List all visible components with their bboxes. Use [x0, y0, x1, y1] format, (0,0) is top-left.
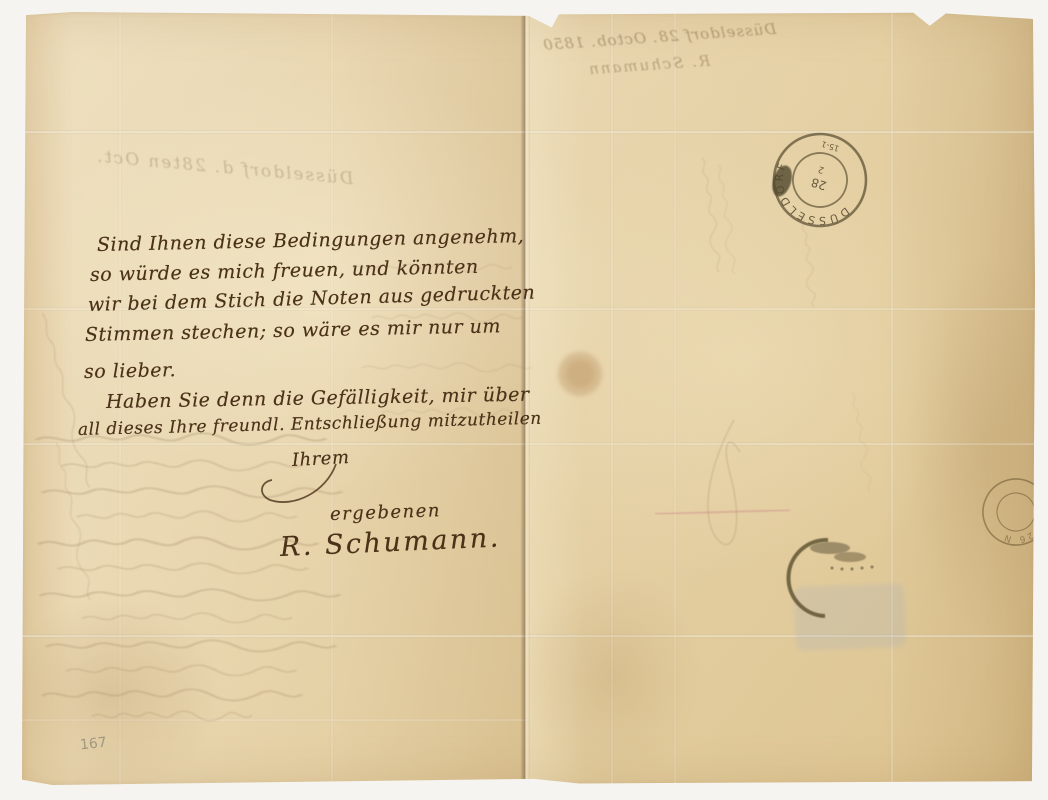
- postmark-large-bottom: 15-1: [820, 139, 840, 153]
- postmark-large-ring-text: DÜSSELDORF: [761, 159, 861, 237]
- residue-patch: [794, 583, 906, 651]
- postmark-large-sub: 2: [817, 163, 825, 174]
- bleedthrough-loop: [708, 420, 740, 545]
- photo-background: Düsseldorf d. 28ten Oct. Düsseldorf 28. …: [0, 0, 1048, 800]
- marks-overlay: DÜSSELDORF 28 2 15-1: [22, 12, 1035, 785]
- postmark-large: DÜSSELDORF 28 2 15-1: [761, 122, 877, 238]
- svg-text:DÜSSELDORF: DÜSSELDORF: [761, 159, 861, 237]
- stain: [558, 352, 602, 396]
- bleedthrough-handwriting-left: [36, 263, 532, 721]
- postmark-large-center: 28: [809, 175, 828, 193]
- postmark-small: 26 N: [974, 470, 1035, 555]
- pink-crease-line: [655, 510, 790, 514]
- letter-sheet: Düsseldorf d. 28ten Oct. Düsseldorf 28. …: [22, 12, 1035, 785]
